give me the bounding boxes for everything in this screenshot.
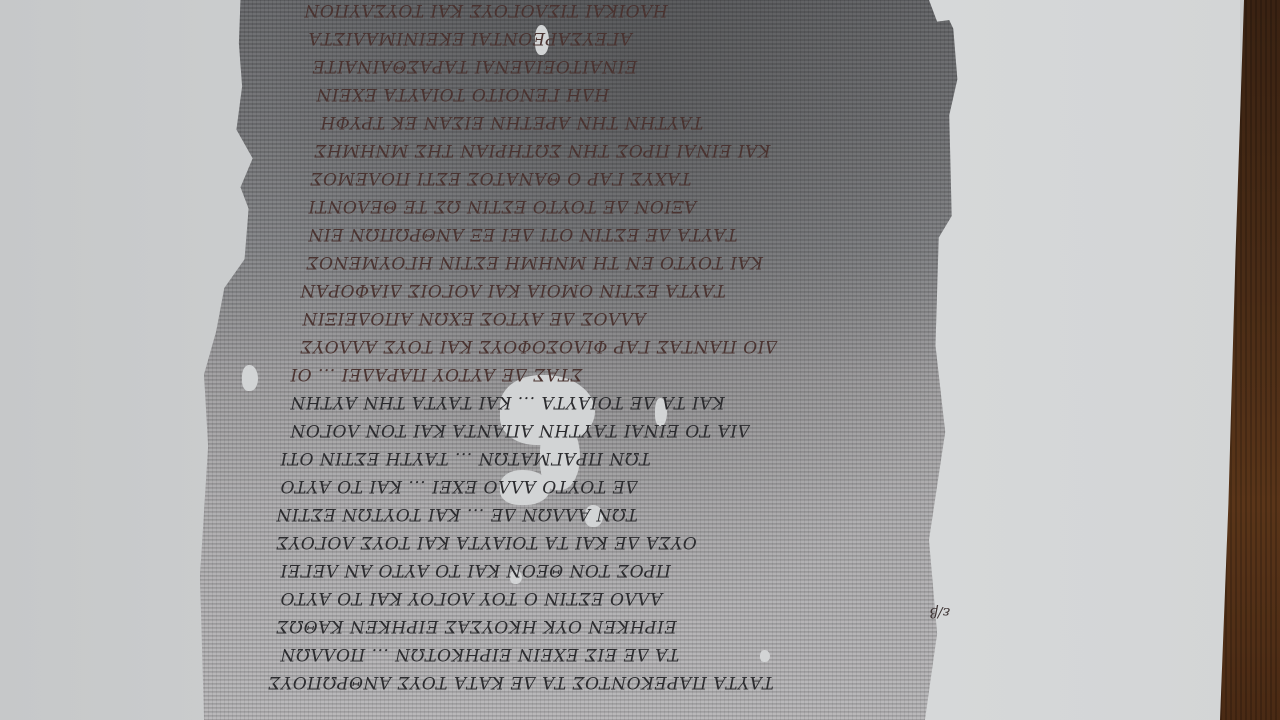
text-line: ΔΙΑ ΤΟ ΕΙΝΑΙ ΤΑΥΤΗΝ ΑΠΑΝΤΑ ΚΑΙ ΤΟΝ ΛΟΓΟΝ <box>290 420 750 440</box>
text-line: ΟΥΣΑ ΔΕ ΚΑΙ ΤΑ ΤΟΙΑΥΤΑ ΚΑΙ ΤΟΥΣ ΛΟΓΟΥΣ <box>276 532 697 552</box>
text-line: ΤΩΝ ΑΛΛΩΝ ΔΕ ... ΚΑΙ ΤΟΥΤΩΝ ΕΣΤΙΝ <box>276 504 638 524</box>
marginal-note: ε/β <box>930 604 950 620</box>
text-line: ΑΛΛΟ ΕΣΤΙΝ Ο ΤΟΥ ΛΟΓΟΥ ΚΑΙ ΤΟ ΑΥΤΟ <box>280 588 662 608</box>
text-line: ΔΕ ΤΟΥΤΟ ΑΛΛΟ ΕΧΕΙ ... ΚΑΙ ΤΟ ΑΥΤΟ <box>280 476 638 496</box>
text-line: ΑΞΙΟΝ ΔΕ ΤΟΥΤΟ ΕΣΤΙΝ ΩΣ ΤΕ ΘΕΛΟΝΤΙ <box>308 196 696 216</box>
text-line: ΚΑΙ ΤΑ ΔΕ ΤΟΙΑΥΤΑ ... ΚΑΙ ΤΑΥΤΑ ΤΗΝ ΑΥΤΗ… <box>290 392 725 412</box>
manuscript-text: ΤΑΥΤΑ ΠΑΡΕΚΟΝΤΟΣ ΤΑ ΔΕ ΚΑΤΑ ΤΟΥΣ ΑΝΘΡΩΠΟ… <box>250 0 970 690</box>
text-line: ΚΑΙ ΕΙΝΑΙ ΠΡΟΣ ΤΗΝ ΣΩΤΗΡΙΑΝ ΤΗΣ ΜΝΗΜΗΣ <box>314 140 771 160</box>
text-line: ΤΑΧΥΣ ΓΑΡ Ο ΘΑΝΑΤΟΣ ΕΣΤΙ ΠΟΛΕΜΟΣ <box>310 168 691 188</box>
text-line: ΑΓΕΥΣΑΡΕΟΝΤΑΙ ΕΚΕΙΝΙΜΑΛΙΣΤΑ <box>308 28 632 48</box>
text-line: ΤΑΥΤΑ ΠΑΡΕΚΟΝΤΟΣ ΤΑ ΔΕ ΚΑΤΑ ΤΟΥΣ ΑΝΘΡΩΠΟ… <box>268 672 774 692</box>
text-line: ΗΔΗ ΓΕΝΟΙΤΟ ΤΟΙΑΥΤΑ ΕΧΕΙΝ <box>316 84 609 104</box>
text-line: ΠΡΟΣ ΤΟΝ ΘΕΟΝ ΚΑΙ ΤΟ ΑΥΤΟ ΑΝ ΛΕΓΕΙ <box>280 560 671 580</box>
text-line: ΗΛΟΙΚΑΙ ΤΙΣΛΟΓΟΥΣ ΚΑΙ ΤΟΥΣΛΥΠΟΝ <box>304 0 668 20</box>
text-line: ΣΤΑΣ ΔΕ ΑΥΤΟΥ ΠΑΡΑΔΕΙ ... ΟΙ <box>290 364 582 384</box>
text-line: ΤΑΥΤΑ ΕΣΤΙΝ ΟΜΟΙΑ ΚΑΙ ΛΟΓΟΙΣ ΔΙΑΦΟΡΑΝ <box>300 280 726 300</box>
text-line: ΔΙΟ ΠΑΝΤΑΣ ΓΑΡ ΦΙΛΟΣΟΦΟΥΣ ΚΑΙ ΤΟΥΣ ΑΛΛΟΥ… <box>300 336 777 356</box>
text-line: ΕΙΡΗΚΕΝ ΟΥΚ ΗΚΟΥΣΑΣ ΕΙΡΗΚΕΝ ΚΑΘΩΣ <box>276 616 677 636</box>
text-line: ΤΑΥΤΗΝ ΤΗΝ ΑΡΕΤΗΝ ΕΙΣΑΝ ΕΚ ΤΡΥΦΗ <box>320 112 703 132</box>
text-line: ΕΙΝΑΙΤΟΕΙΔΕΝΑΙ ΤΑΡΑΣΘΑΙΝΑΙΤΕ <box>312 56 637 76</box>
text-line: ΤΑΥΤΑ ΔΕ ΕΣΤΙΝ ΟΤΙ ΔΕΙ ΕΞ ΑΝΘΡΩΠΩΝ ΕΙΝ <box>308 224 738 244</box>
text-line: ΤΩΝ ΠΡΑΓΜΑΤΩΝ ... ΤΑΥΤΗ ΕΣΤΙΝ ΟΤΙ <box>280 448 651 468</box>
text-line: ΑΛΛΟΣ ΔΕ ΑΥΤΟΣ ΕΧΩΝ ΑΠΟΔΕΙΞΙΝ <box>302 308 646 328</box>
text-line: ΤΑ ΔΕ ΕΙΣ ΕΧΕΙΝ ΕΙΡΗΚΟΤΩΝ ... ΠΟΛΛΩΝ <box>280 644 679 664</box>
text-line: ΚΑΙ ΤΟΥΤΟ ΕΝ ΤΗ ΜΝΗΜΗ ΕΣΤΙΝ ΗΓΟΥΜΕΝΟΣ <box>306 252 763 272</box>
